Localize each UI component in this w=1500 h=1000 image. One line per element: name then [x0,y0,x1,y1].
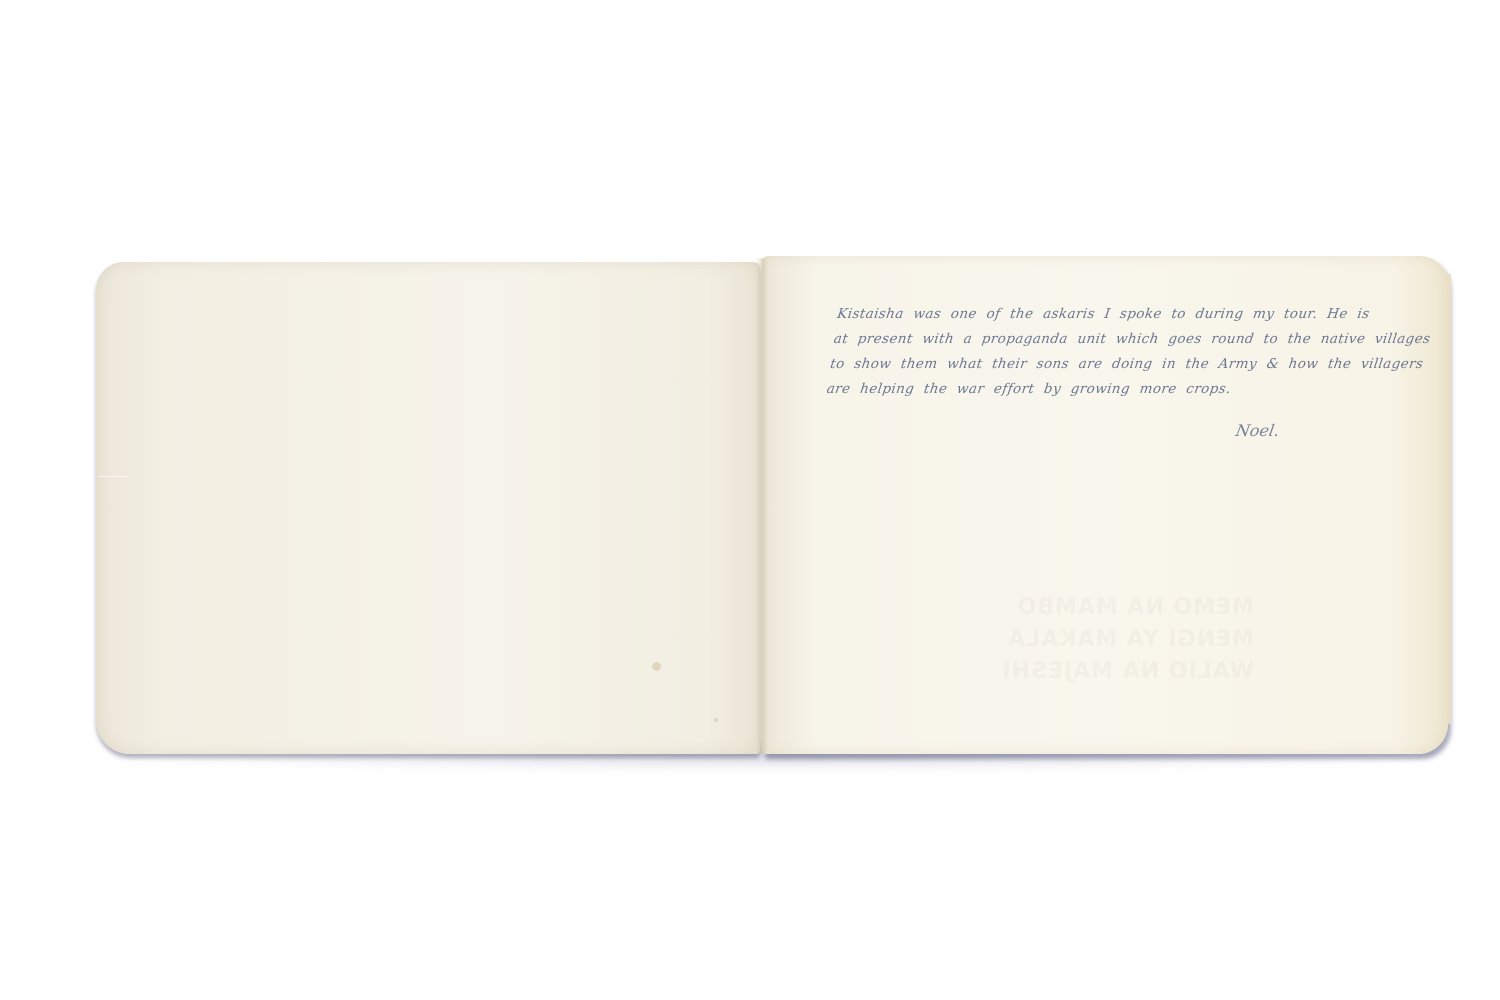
signature: Noel. [1234,421,1281,440]
open-notebook: MEMO NA MAMBO MENGI YA MAKALA WALIO NA M… [96,256,1452,758]
page-stain [714,718,718,722]
note-line: are helping the war effort by growing mo… [825,377,1429,402]
page-stain [652,662,661,671]
page-crease [98,476,128,477]
note-line: at present with a propaganda unit which … [832,327,1436,352]
left-page [96,262,760,754]
book-gutter [756,258,768,754]
note-line: Kistaisha was one of the askaris I spoke… [836,302,1440,327]
handwritten-note: Kistaisha was one of the askaris I spoke… [825,302,1439,402]
note-line: to show them what their sons are doing i… [828,352,1432,377]
show-through-text: MEMO NA MAMBO MENGI YA MAKALA WALIO NA M… [954,592,1254,688]
